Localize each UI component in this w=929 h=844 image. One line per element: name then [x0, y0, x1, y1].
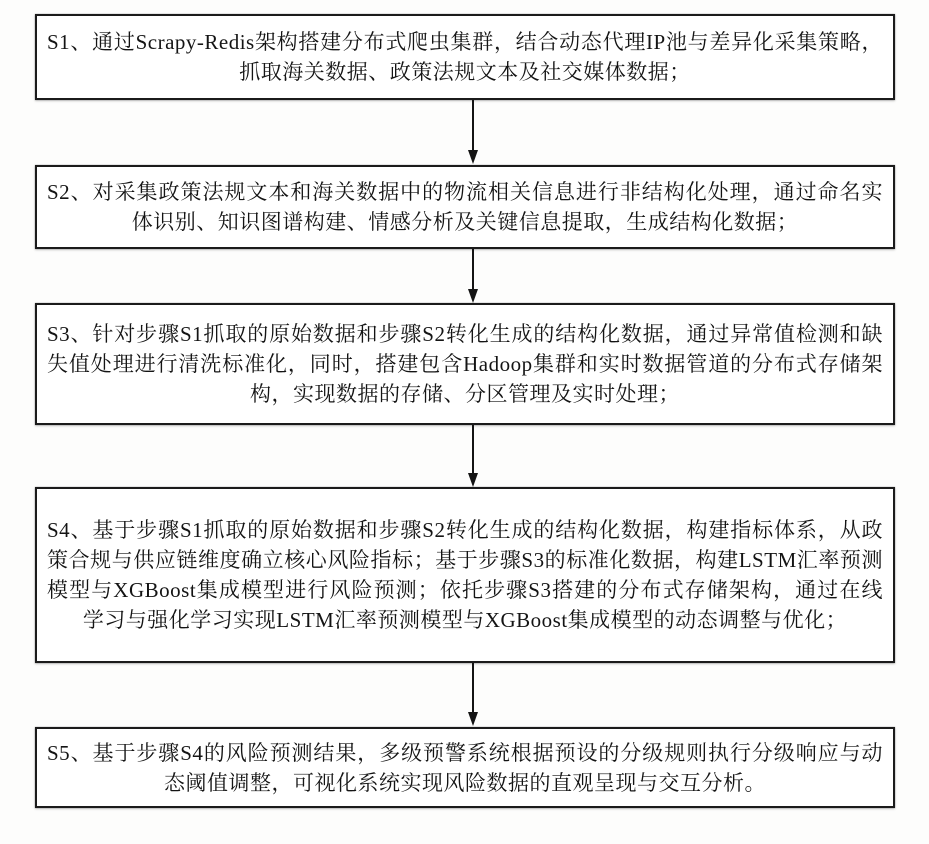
flow-step-s2-text: S2、对采集政策法规文本和海关数据中的物流相关信息进行非结构化处理，通过命名实体… [37, 175, 893, 239]
flow-step-s5-text: S5、基于步骤S4的风险预测结果，多级预警系统根据预设的分级规则执行分级响应与动… [37, 736, 893, 800]
arrow-down-icon [468, 150, 478, 164]
arrow-line [472, 249, 474, 290]
arrow-down-icon [468, 473, 478, 487]
arrow-line [472, 100, 474, 151]
arrow-down-icon [468, 712, 478, 726]
arrow-s4-to-s5 [466, 663, 480, 726]
flow-step-s2: S2、对采集政策法规文本和海关数据中的物流相关信息进行非结构化处理，通过命名实体… [35, 165, 895, 249]
flow-step-s1: S1、通过Scrapy-Redis架构搭建分布式爬虫集群，结合动态代理IP池与差… [35, 14, 895, 100]
arrow-line [472, 663, 474, 713]
flow-step-s1-text: S1、通过Scrapy-Redis架构搭建分布式爬虫集群，结合动态代理IP池与差… [37, 25, 893, 89]
flow-step-s4: S4、基于步骤S1抓取的原始数据和步骤S2转化生成的结构化数据，构建指标体系，从… [35, 487, 895, 663]
flow-step-s3: S3、针对步骤S1抓取的原始数据和步骤S2转化生成的结构化数据，通过异常值检测和… [35, 303, 895, 425]
arrow-s1-to-s2 [466, 100, 480, 164]
arrow-s3-to-s4 [466, 425, 480, 487]
flow-step-s5: S5、基于步骤S4的风险预测结果，多级预警系统根据预设的分级规则执行分级响应与动… [35, 727, 895, 808]
flow-step-s4-text: S4、基于步骤S1抓取的原始数据和步骤S2转化生成的结构化数据，构建指标体系，从… [37, 513, 893, 637]
flowchart-canvas: S1、通过Scrapy-Redis架构搭建分布式爬虫集群，结合动态代理IP池与差… [0, 0, 929, 844]
flow-step-s3-text: S3、针对步骤S1抓取的原始数据和步骤S2转化生成的结构化数据，通过异常值检测和… [37, 317, 893, 411]
arrow-line [472, 425, 474, 474]
arrow-s2-to-s3 [466, 249, 480, 303]
arrow-down-icon [468, 289, 478, 303]
